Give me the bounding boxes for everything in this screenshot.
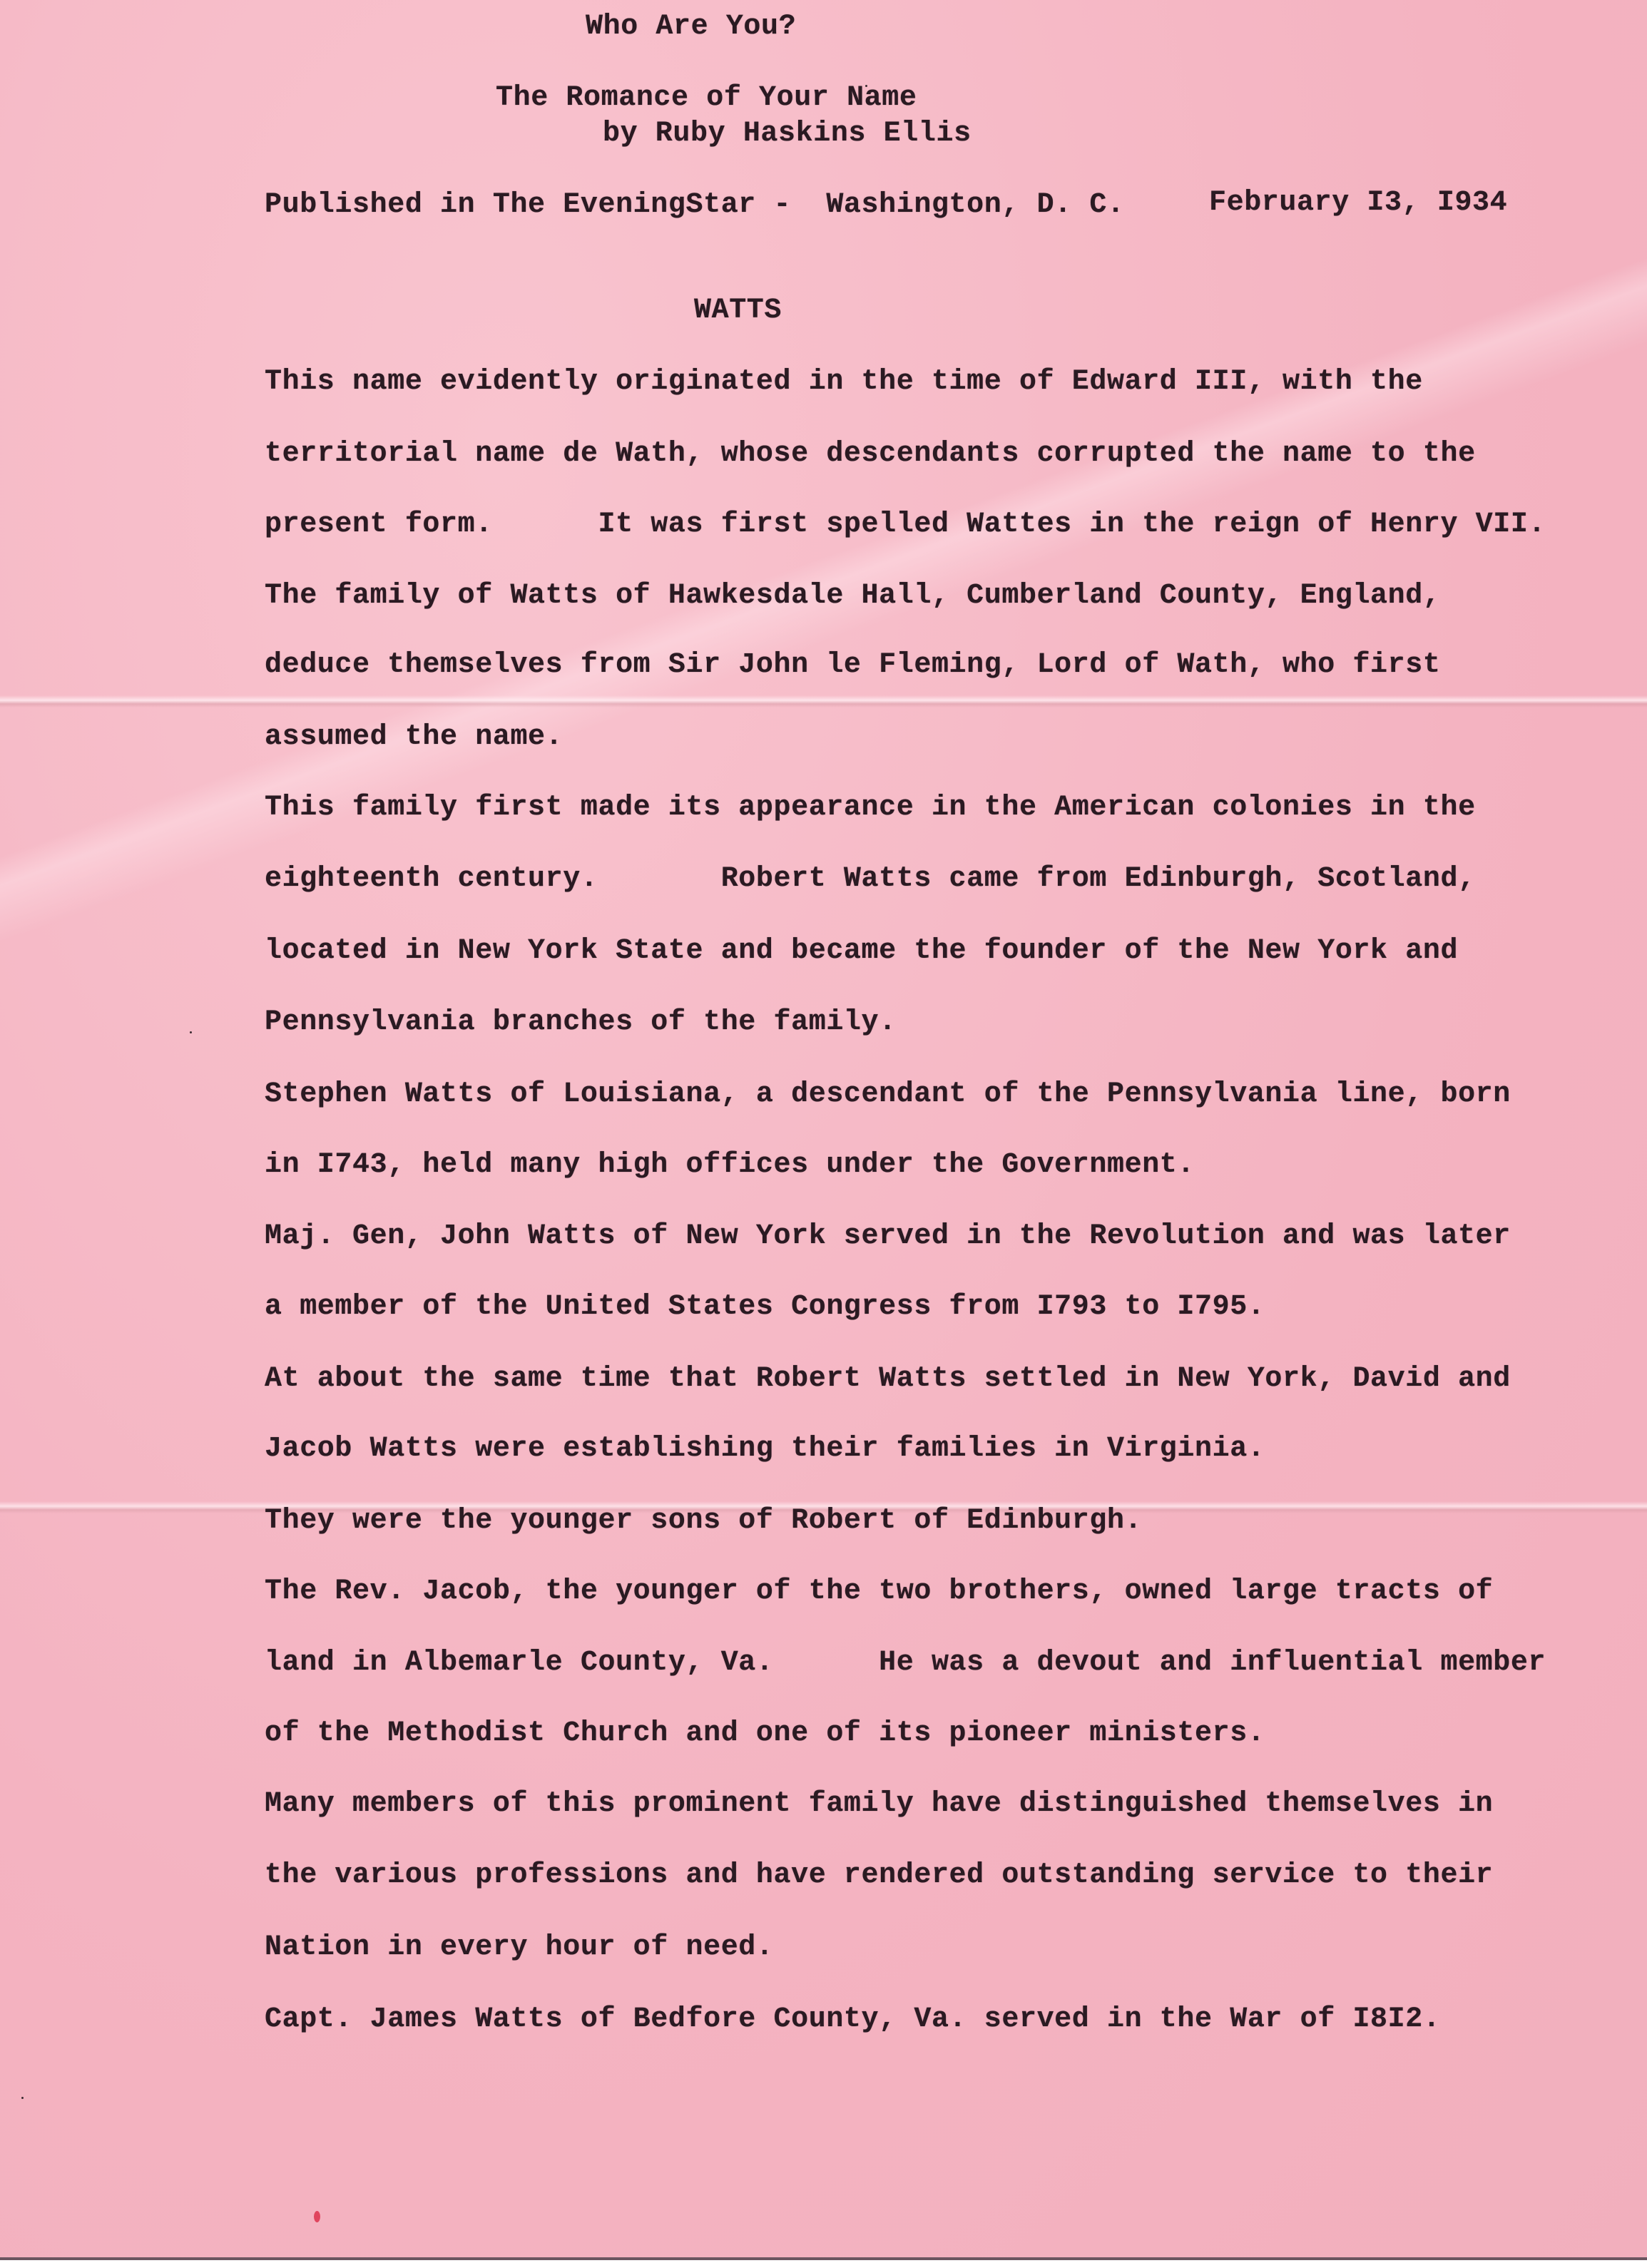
body-line: Many members of this prominent family ha… (265, 1790, 1493, 1819)
paper-speck (865, 85, 867, 87)
body-line: Maj. Gen, John Watts of New York served … (265, 1222, 1511, 1251)
body-line: present form. It was first spelled Watte… (265, 511, 1546, 539)
ink-spot (314, 2211, 320, 2222)
surname-heading: WATTS (694, 297, 782, 325)
author-byline: by Ruby Haskins Ellis (603, 120, 972, 148)
body-line: The Rev. Jacob, the younger of the two b… (265, 1578, 1493, 1606)
body-line: of the Methodist Church and one of its p… (265, 1720, 1265, 1748)
publication-date: February I3, I934 (1209, 189, 1507, 218)
body-line: located in New York State and became the… (265, 937, 1458, 966)
paper-speck (190, 1031, 192, 1033)
body-line: the various professions and have rendere… (265, 1861, 1493, 1890)
body-line: territorial name de Wath, whose descenda… (265, 440, 1476, 469)
body-line: Nation in every hour of need. (265, 1934, 774, 1962)
body-line: a member of the United States Congress f… (265, 1293, 1265, 1322)
body-line: Jacob Watts were establishing their fami… (265, 1435, 1265, 1464)
body-line: eighteenth century. Robert Watts came fr… (265, 865, 1476, 894)
body-line: Pennsylvania branches of the family. (265, 1008, 897, 1037)
body-line: deduce themselves from Sir John le Flemi… (265, 651, 1440, 680)
body-line: This family first made its appearance in… (265, 794, 1476, 822)
paper-speck (21, 2097, 24, 2099)
document-page: Who Are You? The Romance of Your Name by… (0, 0, 1647, 2260)
body-line: assumed the name. (265, 723, 563, 752)
body-line: They were the younger sons of Robert of … (265, 1507, 1142, 1536)
body-line: This name evidently originated in the ti… (265, 368, 1423, 397)
body-line: Stephen Watts of Louisiana, a descendant… (265, 1081, 1511, 1109)
body-line: The family of Watts of Hawkesdale Hall, … (265, 582, 1440, 611)
publication-line: Published in The EveningStar - Washingto… (265, 191, 1125, 220)
column-title: The Romance of Your Name (496, 84, 917, 113)
body-line: in I743, held many high offices under th… (265, 1151, 1195, 1180)
document-title: Who Are You? (586, 13, 796, 41)
body-line: Capt. James Watts of Bedfore County, Va.… (265, 2006, 1440, 2034)
body-line: At about the same time that Robert Watts… (265, 1365, 1511, 1394)
body-line: land in Albemarle County, Va. He was a d… (265, 1649, 1546, 1677)
